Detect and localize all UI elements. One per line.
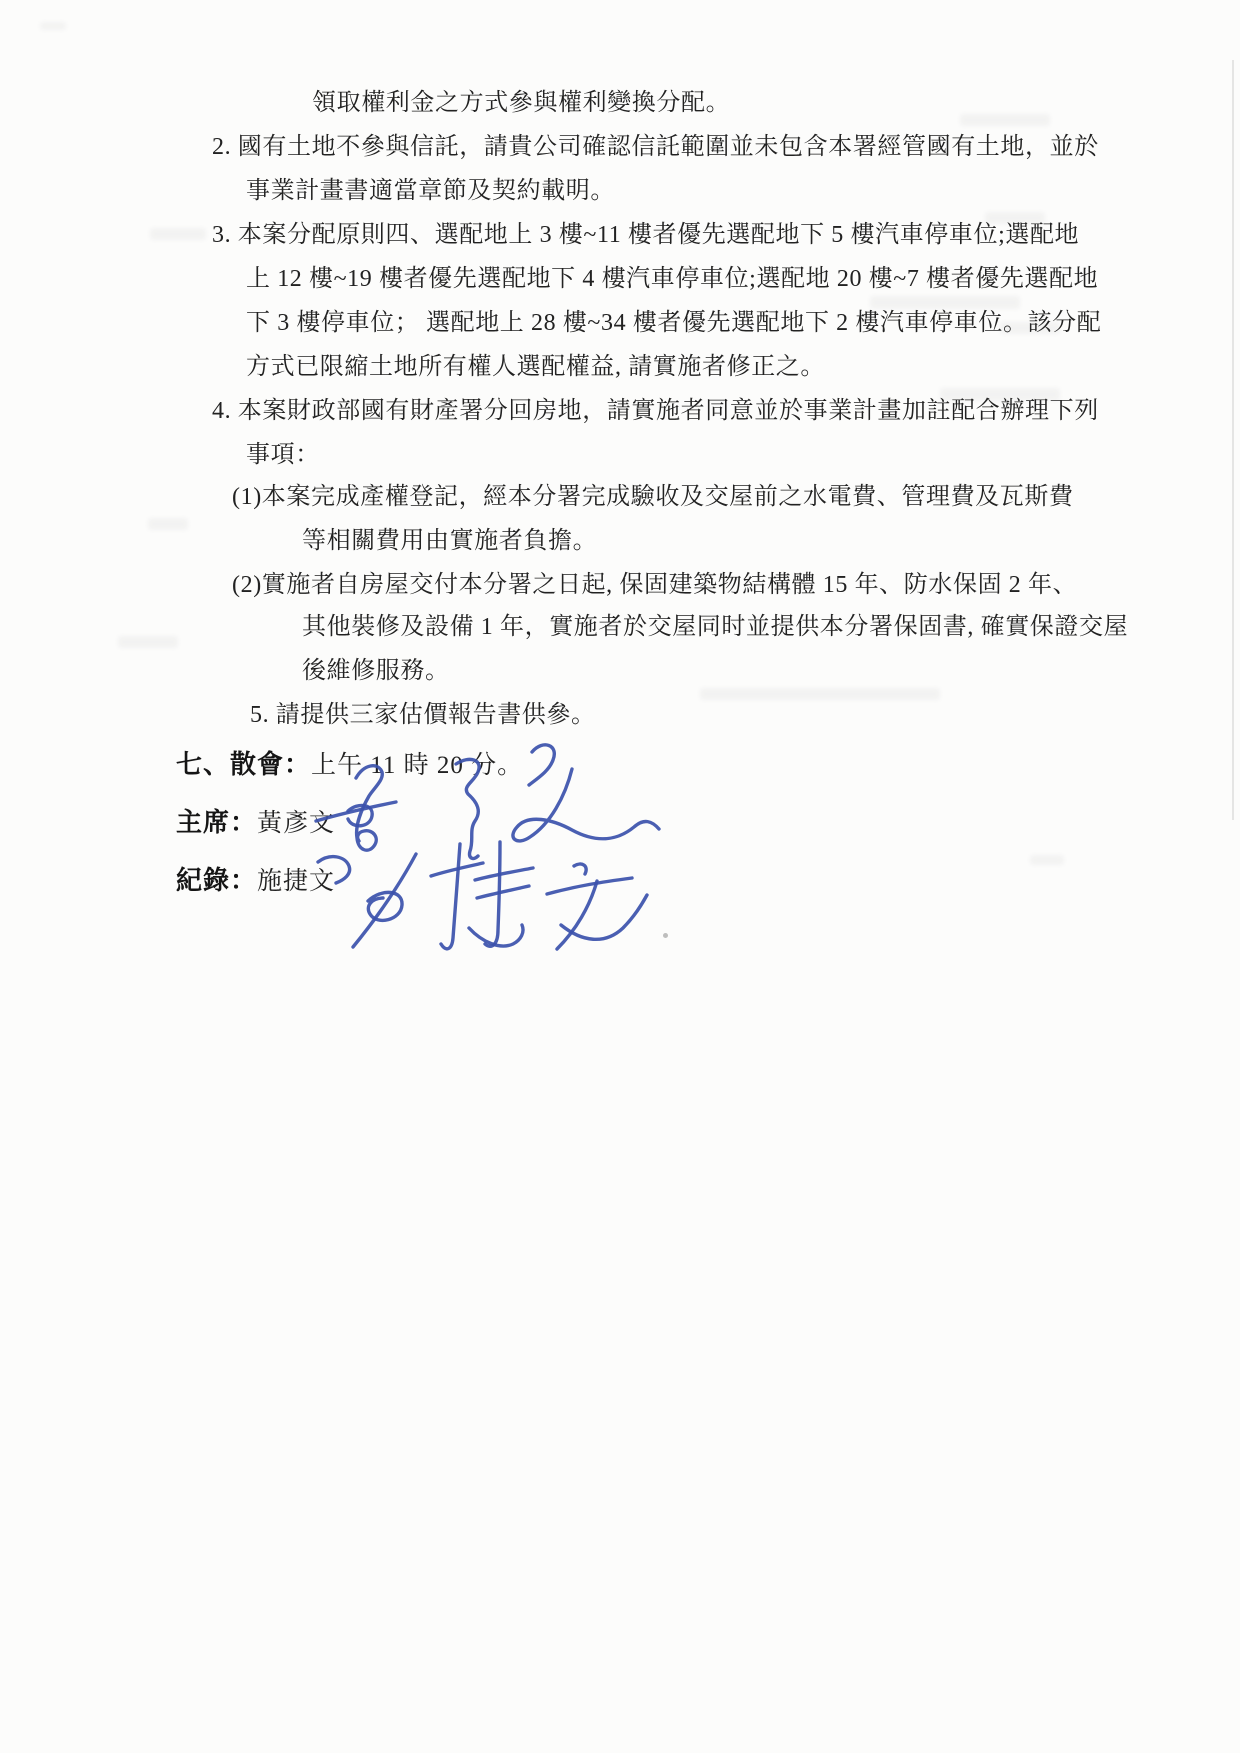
body-line: 方式已限縮土地所有權人選配權益, 請實施者修正之。 bbox=[246, 346, 825, 381]
body-line: 2. 國有土地不參與信託，請貴公司確認信託範圍並未包含本署經管國有土地，並於 bbox=[212, 126, 1099, 161]
scan-artifact bbox=[118, 636, 178, 648]
scan-artifact bbox=[1030, 855, 1064, 865]
scan-edge-line bbox=[1232, 60, 1234, 820]
body-line: 領取權利金之方式參與權利變換分配。 bbox=[312, 82, 730, 117]
body-line: 後維修服務。 bbox=[302, 650, 450, 685]
body-line: 等相關費用由實施者負擔。 bbox=[302, 520, 597, 555]
body-line: 3. 本案分配原則四、選配地上 3 樓~11 樓者優先選配地下 5 樓汽車停車位… bbox=[212, 214, 1079, 249]
body-line: 上 12 樓~19 樓者優先選配地下 4 樓汽車停車位;選配地 20 樓~7 樓… bbox=[246, 258, 1098, 293]
body-line: 事項： bbox=[246, 434, 320, 469]
adjournment-label: 七、散會： bbox=[176, 750, 311, 779]
scan-artifact bbox=[150, 228, 206, 240]
scan-artifact bbox=[960, 114, 1050, 126]
body-line: 其他裝修及設備 1 年，實施者於交屋同时並提供本分署保固書, 確實保證交屋 bbox=[302, 606, 1128, 641]
body-line: 事業計畫書適當章節及契約載明。 bbox=[246, 170, 615, 205]
body-line: (2)實施者自房屋交付本分署之日起, 保固建築物結構體 15 年、防水保固 2 … bbox=[232, 564, 1077, 599]
scan-artifact bbox=[985, 212, 1045, 224]
pen-dot bbox=[663, 933, 668, 938]
recorder-signature bbox=[318, 842, 647, 949]
scan-artifact bbox=[700, 688, 940, 700]
scan-artifact bbox=[940, 388, 1060, 401]
document-page: 領取權利金之方式參與權利變換分配。 2. 國有土地不參與信託，請貴公司確認信託範… bbox=[0, 0, 1240, 1753]
adjournment-time: 上午 11 時 20 分。 bbox=[311, 752, 523, 779]
recorder-name: 施捷文 bbox=[257, 868, 335, 895]
chair-name: 黃彥文 bbox=[257, 810, 335, 837]
body-line: (1)本案完成產權登記，經本分署完成驗收及交屋前之水電費、管理費及瓦斯費 bbox=[232, 476, 1074, 511]
body-line: 5. 請提供三家估價報告書供參。 bbox=[250, 694, 596, 729]
recorder-label: 紀錄： bbox=[176, 866, 257, 895]
recorder-row: 紀錄：施捷文 bbox=[160, 842, 335, 915]
scan-artifact bbox=[870, 296, 1020, 309]
scan-artifact bbox=[1000, 322, 1060, 334]
scan-artifact bbox=[148, 518, 188, 530]
chair-label: 主席： bbox=[176, 808, 257, 837]
scan-artifact bbox=[40, 22, 66, 30]
